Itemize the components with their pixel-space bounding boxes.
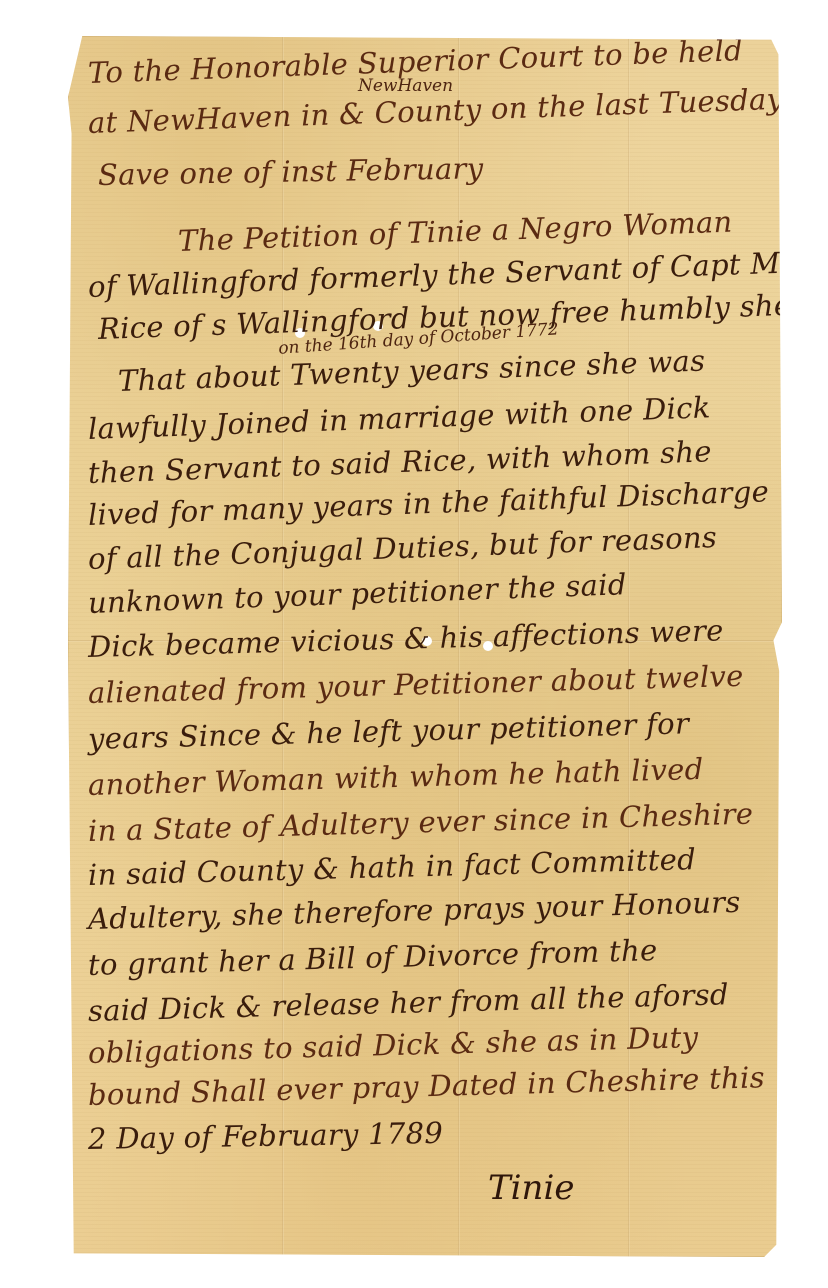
petition-line: another Woman with whom he hath lived	[88, 752, 704, 802]
petition-line: in a State of Adultery ever since in Che…	[88, 797, 754, 848]
petition-line: Adultery, she therefore prays your Honou…	[88, 885, 741, 936]
petition-line: unknown to your petitioner the said	[87, 567, 627, 620]
petition-line: That about Twenty years since she was	[117, 344, 705, 398]
address-line-3: Save one of inst February	[98, 151, 484, 192]
petition-line: said Dick & release her from all the afo…	[88, 977, 730, 1028]
petition-line: obligations to said Dick & she as in Dut…	[88, 1020, 699, 1070]
manuscript-page: NewHaven on the 16th day of October 1772…	[68, 36, 782, 1257]
petition-line: to grant her a Bill of Divorce from the	[88, 933, 658, 982]
petition-line: in said County & hath in fact Committed	[88, 842, 697, 892]
signature: Tinie	[488, 1168, 574, 1208]
petition-line: alienated from your Petitioner about twe…	[88, 659, 744, 710]
petition-date-line: 2 Day of February 1789	[88, 1116, 444, 1156]
petition-line: years Since & he left your petitioner fo…	[88, 706, 690, 756]
petition-line: bound Shall ever pray Dated in Cheshire …	[88, 1060, 766, 1112]
